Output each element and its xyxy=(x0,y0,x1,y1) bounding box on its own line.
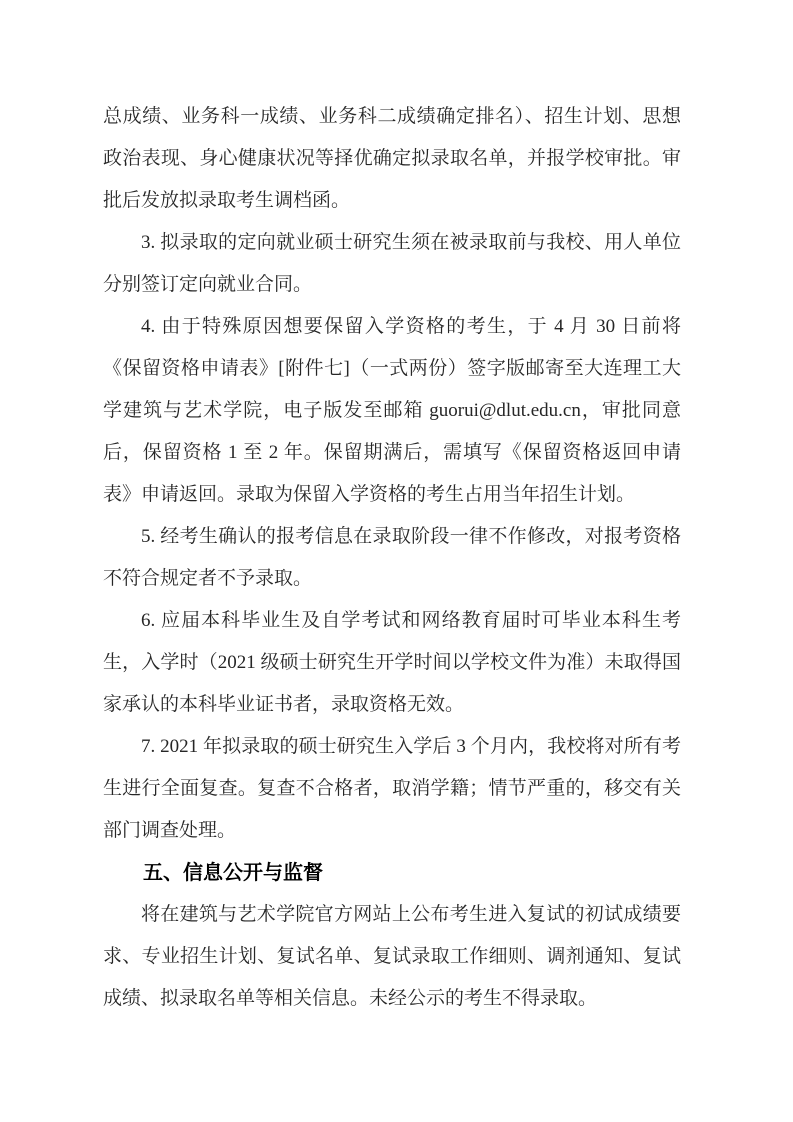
paragraph-continuation: 总成绩、业务科一成绩、业务科二成绩确定排名）、招生计划、思想政治表现、身心健康状… xyxy=(103,96,681,222)
document-content: 总成绩、业务科一成绩、业务科二成绩确定排名）、招生计划、思想政治表现、身心健康状… xyxy=(103,96,681,1020)
paragraph-item-4: 4. 由于特殊原因想要保留入学资格的考生，于 4 月 30 日前将《保留资格申请… xyxy=(103,306,681,516)
paragraph-info-disclosure: 将在建筑与艺术学院官方网站上公布考生进入复试的初试成绩要求、专业招生计划、复试名… xyxy=(103,894,681,1020)
paragraph-item-7: 7. 2021 年拟录取的硕士研究生入学后 3 个月内，我校将对所有考生进行全面… xyxy=(103,726,681,852)
paragraph-item-6: 6. 应届本科毕业生及自学考试和网络教育届时可毕业本科生考生，入学时（2021 … xyxy=(103,600,681,726)
document-page: 总成绩、业务科一成绩、业务科二成绩确定排名）、招生计划、思想政治表现、身心健康状… xyxy=(0,0,793,1122)
paragraph-item-3: 3. 拟录取的定向就业硕士研究生须在被录取前与我校、用人单位分别签订定向就业合同… xyxy=(103,222,681,306)
section-heading-info-disclosure: 五、信息公开与监督 xyxy=(103,852,681,894)
paragraph-item-5: 5. 经考生确认的报考信息在录取阶段一律不作修改，对报考资格不符合规定者不予录取… xyxy=(103,516,681,600)
